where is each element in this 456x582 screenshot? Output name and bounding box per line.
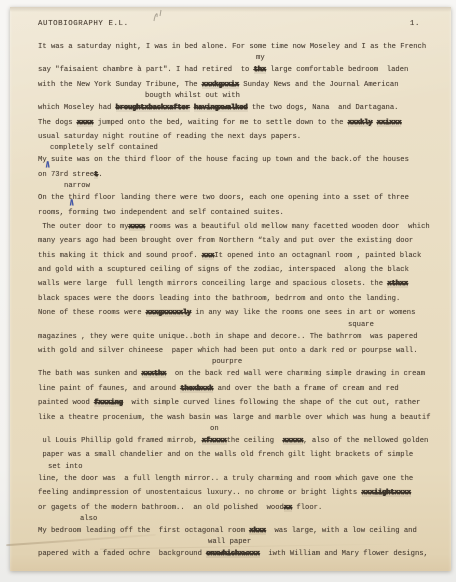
inserted-correction-line: pourpre	[38, 358, 436, 367]
typed-text: the ceiling	[227, 437, 283, 445]
typed-text: this making it thick and sound proof.	[38, 252, 202, 260]
typed-text-area: AUTOBIOGRAPHY E.L. 1. It was a saturday …	[38, 20, 436, 562]
inserted-correction-line: on	[38, 425, 436, 434]
typed-line: this making it thick and sound proof. xx…	[38, 249, 436, 263]
typed-text: floor.	[292, 504, 322, 512]
typed-line: ul Louis Phillip gold framed mirrob, xfx…	[38, 434, 436, 448]
typed-text: Sunday News and the Journal American	[239, 81, 399, 89]
ink-caret-annotation: ∧	[69, 198, 74, 209]
typed-text: completely self contained	[50, 144, 158, 152]
struck-out-text: xxxkgxxix	[202, 81, 239, 89]
typed-text: many years ago had been brought over fro…	[38, 237, 413, 245]
typed-text: with the New York Sunday Tribune, The	[38, 81, 202, 89]
typed-line: The outer door to myxxxx rooms was a bea…	[38, 220, 436, 234]
struck-out-text: xxxx	[129, 223, 145, 231]
typed-line: magazines , they were quite unique..both…	[38, 330, 436, 344]
typed-text: was large, with a low ceiling and	[266, 527, 417, 535]
typed-text: magazines , they were quite unique..both…	[38, 333, 418, 341]
ink-caret-annotation: ∧	[45, 160, 50, 171]
typed-text: on 73rd stree	[38, 171, 94, 179]
struck-out-text: onxwhichxwxxx	[206, 550, 259, 558]
typed-text: square	[348, 321, 374, 329]
typed-text: with simple curved lines following the s…	[123, 399, 421, 407]
struck-out-text: xxxkly	[348, 119, 373, 127]
typed-text: papered with a faded ochre background	[38, 550, 206, 558]
typed-text: line paint of faunes, and around	[38, 385, 180, 393]
typed-line: My bedroom leading off the first octagon…	[38, 524, 436, 538]
struck-out-text: xxx	[202, 252, 214, 260]
typed-text: , also of the mellowed golden	[303, 437, 428, 445]
typed-text: rooms, forming two independent and self …	[38, 209, 284, 217]
page-number: 1.	[410, 20, 420, 29]
typed-text: black spaces were the doors leading into…	[38, 295, 400, 303]
typed-lines: It was a saturday night, I was in bed al…	[38, 40, 436, 562]
inserted-correction-line: set into	[38, 463, 436, 472]
typed-line: None of these rooms were xxxgxxxxxly in …	[38, 306, 436, 320]
typed-text: also	[80, 515, 97, 523]
typed-text: ul Louis Phillip gold framed mirrob,	[38, 437, 202, 445]
typed-line: The dogs xxxx jumped onto the bed, waiti…	[38, 116, 436, 130]
struck-out-text: xxxgxxxxxly	[146, 309, 191, 317]
typed-text: jumped onto the bed, waiting for me to s…	[93, 119, 347, 127]
typed-text: None of these rooms were	[38, 309, 146, 317]
typed-line: black spaces were the doors leading into…	[38, 292, 436, 306]
typed-line: feeling andimpression of unostentaicus l…	[38, 486, 436, 500]
typed-text: usual saturday night routine of reading …	[38, 133, 301, 141]
typed-text: or gagets of the modern bathroom.. an ol…	[38, 504, 284, 512]
inserted-correction-line: narrow	[38, 182, 436, 191]
typed-text: and over the bath a frame of cream and r…	[213, 385, 398, 393]
typed-text: paper was a small chandelier and on the …	[38, 451, 413, 459]
typed-text: .	[98, 171, 102, 179]
typed-text: my	[256, 54, 265, 62]
inserted-correction-line: completely self contained	[38, 144, 436, 153]
typed-text: line, the door was a full length mirror.…	[38, 475, 413, 483]
struck-out-text: xxixxx	[377, 119, 402, 127]
typed-text: bougth whilst out with	[145, 92, 240, 100]
typed-text: It was a saturday night, I was in bed al…	[38, 43, 426, 51]
document-header: AUTOBIOGRAPHY E.L. 1.	[38, 20, 436, 29]
struck-out-text: xxxx	[77, 119, 93, 127]
inserted-correction-line: also	[38, 515, 436, 524]
typed-text: like a theatre procenium, the wash basin…	[38, 414, 431, 422]
typed-text: in any way like the rooms one sees in ar…	[191, 309, 415, 317]
typed-text: It opened into an octagnanl room , paint…	[214, 252, 421, 260]
inserted-correction-line: my	[38, 54, 436, 63]
paper-page: AUTOBIOGRAPHY E.L. 1. It was a saturday …	[10, 7, 451, 571]
struck-out-text: fxxxing	[94, 399, 123, 407]
typed-text: The bath was sunken and	[38, 370, 142, 378]
typed-line: say "faisaient chambre à part". I had re…	[38, 63, 436, 77]
typed-line: painted wood fxxxing with simple curved …	[38, 396, 436, 410]
typed-line: on 73rd street.	[38, 168, 436, 182]
typed-text: painted wood	[38, 399, 94, 407]
struck-out-text: xxxxx	[283, 437, 304, 445]
typed-line: walls were large full length mirrors con…	[38, 277, 436, 291]
typed-line: paper was a small chandelier and on the …	[38, 448, 436, 462]
typed-text: and gold with a scuptured ceiling of sig…	[38, 266, 409, 274]
typed-text: On the third floor landing there were tw…	[38, 194, 409, 202]
inserted-correction-line: square	[38, 321, 436, 330]
typed-text: feeling andimpression of unostentaicus l…	[38, 489, 362, 497]
typed-line: It was a saturday night, I was in bed al…	[38, 40, 436, 54]
typed-text: the two dogs, Nana and Dartagana.	[248, 104, 399, 112]
typed-line: My suite was on the third floor of the h…	[38, 153, 436, 167]
typed-line: The bath was sunken and xxxthx on the ba…	[38, 367, 436, 381]
typed-line: like a theatre procenium, the wash basin…	[38, 411, 436, 425]
typed-line: and gold with a scuptured ceiling of sig…	[38, 263, 436, 277]
typed-text: walls were large full length mirrors con…	[38, 280, 387, 288]
typed-line: rooms, forming two independent and self …	[38, 206, 436, 220]
typed-line: with gold and silver chineese paper whic…	[38, 344, 436, 358]
scanned-document-screenshot: { "page": { "header": { "title": "AUTOBI…	[0, 0, 456, 582]
typed-line: many years ago had been brought over fro…	[38, 234, 436, 248]
document-title: AUTOBIOGRAPHY E.L.	[38, 20, 129, 29]
typed-text: narrow	[64, 182, 90, 190]
typed-line: On the third floor landing there were tw…	[38, 191, 436, 205]
struck-out-text: xfxxxx	[202, 437, 227, 445]
typed-text: iwth William and Mary flower designs,	[260, 550, 428, 558]
struck-out-text: xthxx	[387, 280, 408, 288]
struck-out-text: havingxwalked	[194, 104, 247, 112]
typed-text: large comfortable bedroom laden	[266, 66, 408, 74]
typed-text: say "faisaient chambre à part". I had re…	[38, 66, 254, 74]
struck-out-text: xxxiightxxxx	[362, 489, 411, 497]
typed-text: set into	[48, 463, 83, 471]
typed-text: on	[210, 425, 219, 433]
typed-text: on the back red wall were charming simpl…	[166, 370, 425, 378]
typed-text: which Moseley had	[38, 104, 116, 112]
typed-text: The dogs	[38, 119, 77, 127]
typed-text: with gold and silver chineese paper whic…	[38, 347, 418, 355]
struck-out-text: xx	[284, 504, 292, 512]
struck-out-text: broughtxbackxafter	[116, 104, 190, 112]
typed-text: rooms was a beautiful old mellow many fa…	[145, 223, 430, 231]
struck-out-text: xkxx	[249, 527, 265, 535]
struck-out-text: thexbxxk	[180, 385, 213, 393]
inserted-correction-line: bougth whilst out with	[38, 92, 436, 101]
typed-line: or gagets of the modern bathroom.. an ol…	[38, 501, 436, 515]
typed-line: papered with a faded ochre background on…	[38, 547, 436, 561]
typed-line: line paint of faunes, and around thexbxx…	[38, 382, 436, 396]
typed-text: My suite was on the third floor of the h…	[38, 156, 409, 164]
struck-out-text: thx	[254, 66, 266, 74]
typed-text: The outer door to my	[38, 223, 129, 231]
typed-line: line, the door was a full length mirror.…	[38, 472, 436, 486]
struck-out-text: xxxthx	[142, 370, 167, 378]
typed-line: with the New York Sunday Tribune, The xx…	[38, 78, 436, 92]
typed-line: usual saturday night routine of reading …	[38, 130, 436, 144]
typed-text: pourpre	[212, 358, 242, 366]
typed-line: which Moseley had broughtxbackxafter hav…	[38, 101, 436, 115]
